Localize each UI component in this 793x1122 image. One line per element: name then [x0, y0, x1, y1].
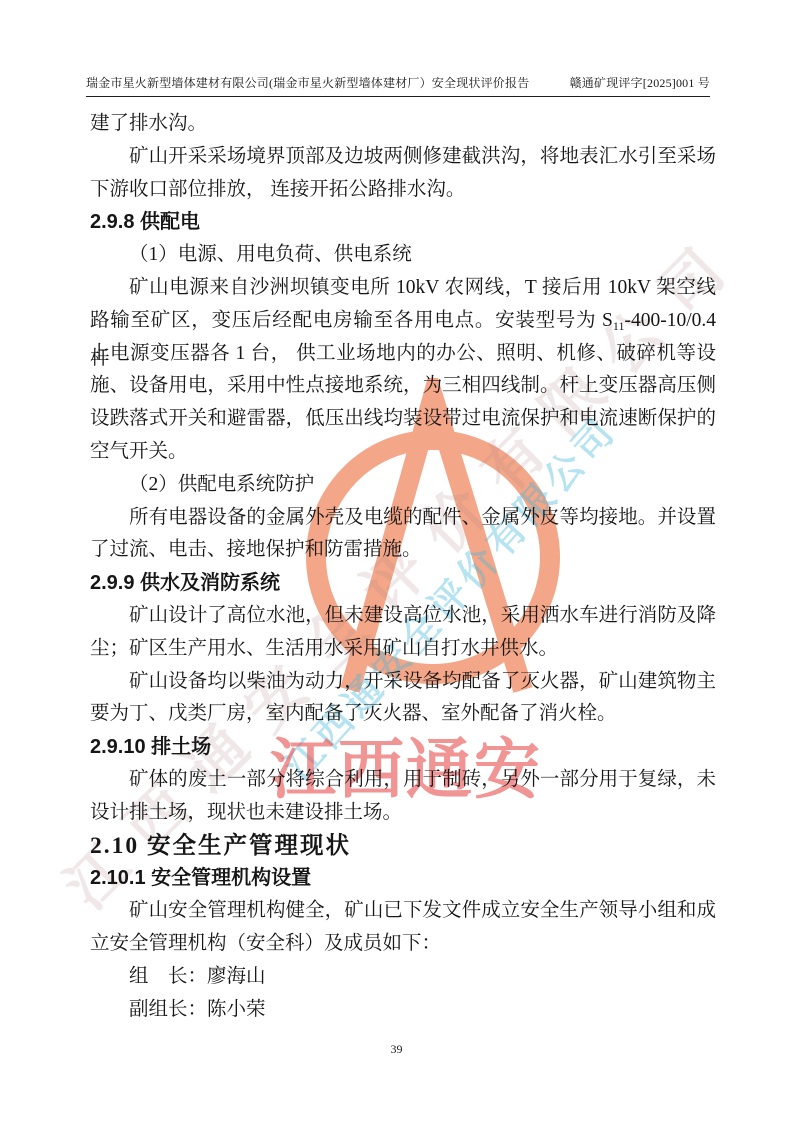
doc-line-15: 2.9.9 供水及消防系统	[90, 567, 716, 600]
doc-line-16: 矿山设计了高位水池，但未建设高位水池，采用洒水车进行消防及降	[90, 600, 716, 633]
doc-line-13: 所有电器设备的金属外壳及电缆的配件、金属外皮等均接地。并设置	[90, 502, 716, 535]
header-doc-number: 赣通矿现评字[2025]001 号	[570, 74, 710, 92]
doc-line-20: 2.9.10 排土场	[90, 731, 716, 764]
doc-line-10: 设跌落式开关和避雷器，低压出线均装设带过电流保护和电流速断保护的	[90, 403, 716, 436]
doc-line-24: 2.10.1 安全管理机构设置	[90, 862, 716, 895]
doc-line-28: 副组长：陈小荣	[90, 994, 716, 1027]
doc-line-23: 2.10 安全生产管理现状	[90, 830, 716, 863]
doc-line-25: 矿山安全管理机构健全，矿山已下发文件成立安全生产领导小组和成	[90, 895, 716, 928]
doc-line-12: （2）供配电系统防护	[90, 469, 716, 502]
doc-line-2: 矿山开采采场境界顶部及边坡两侧修建截洪沟，将地表汇水引至采场	[90, 141, 716, 174]
doc-line-5: （1）电源、用电负荷、供电系统	[90, 239, 716, 272]
doc-line-8: 上电源变压器各 1 台， 供工业场地内的办公、照明、机修、破碎机等设	[90, 338, 716, 371]
doc-line-18: 矿山设备均以柴油为动力，开采设备均配备了灭火器，矿山建筑物主	[90, 666, 716, 699]
page-number: 39	[0, 1042, 793, 1057]
document-body: 建了排水沟。矿山开采采场境界顶部及边坡两侧修建截洪沟，将地表汇水引至采场下游收口…	[90, 108, 716, 1026]
doc-line-9: 施、设备用电，采用中性点接地系统，为三相四线制。杆上变压器高压侧	[90, 370, 716, 403]
doc-line-14: 了过流、电击、接地保护和防雷措施。	[90, 534, 716, 567]
report-page: 江西通安全评价有限公司 江西通安全评价有限公司 江西通安 瑞金市星火新型墙体建材…	[0, 0, 793, 1122]
doc-line-7: 路输至矿区，变压后经配电房输至各用电点。安装型号为 S11-400-10/0.4…	[90, 305, 716, 338]
doc-line-3: 下游收口部位排放， 连接开拓公路排水沟。	[90, 174, 716, 207]
doc-line-6: 矿山电源来自沙洲坝镇变电所 10kV 农网线，T 接后用 10kV 架空线	[90, 272, 716, 305]
doc-line-27: 组 长：廖海山	[90, 961, 716, 994]
doc-line-22: 设计排土场，现状也未建设排土场。	[90, 797, 716, 830]
doc-line-1: 建了排水沟。	[90, 108, 716, 141]
doc-line-4: 2.9.8 供配电	[90, 206, 716, 239]
header-report-title: 瑞金市星火新型墙体建材有限公司(瑞金市星火新型墙体建材厂）安全现状评价报告	[86, 74, 529, 92]
page-header: 瑞金市星火新型墙体建材有限公司(瑞金市星火新型墙体建材厂）安全现状评价报告 赣通…	[86, 74, 710, 97]
doc-line-11: 空气开关。	[90, 436, 716, 469]
doc-line-17: 尘；矿区生产用水、生活用水采用矿山自打水井供水。	[90, 633, 716, 666]
doc-line-21: 矿体的废土一部分将综合利用，用于制砖，另外一部分用于复绿，未	[90, 764, 716, 797]
doc-line-26: 立安全管理机构（安全科）及成员如下：	[90, 928, 716, 961]
doc-line-19: 要为丁、戊类厂房，室内配备了灭火器、室外配备了消火栓。	[90, 698, 716, 731]
